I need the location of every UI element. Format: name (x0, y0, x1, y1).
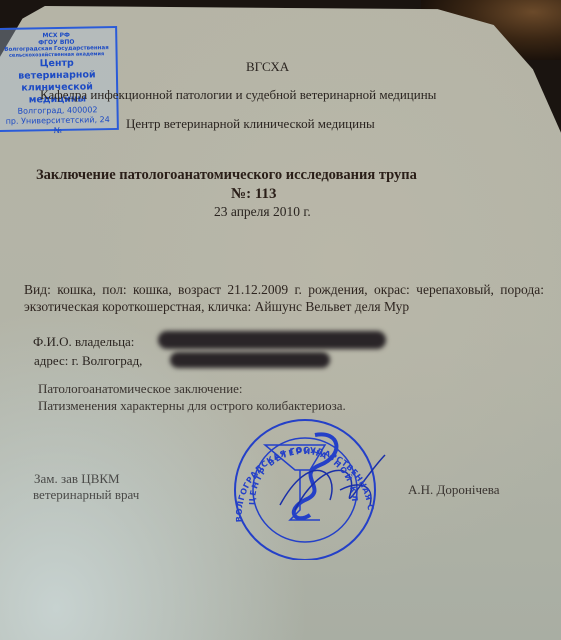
center-name: Центр ветеринарной клинической медицины (126, 116, 375, 132)
stamp-line: № (0, 125, 117, 137)
document-number: №: 113 (231, 186, 277, 203)
institution-stamp: МСХ РФ ФГОУ ВПО Волгоградская Государств… (0, 26, 119, 132)
redaction-bar (170, 352, 330, 368)
animal-description: Вид: кошка, пол: кошка, возраст 21.12.20… (24, 281, 544, 315)
signer-title: ветеринарный врач (33, 487, 139, 503)
org-abbreviation: ВГСХА (246, 59, 289, 75)
department-name: Кафедра инфекционной патологии и судебно… (40, 87, 436, 103)
round-seal-icon: ВОЛГОГРАДСКАЯ ГОСУДАРСТВЕННАЯ СЕЛЬСКОХОЗ… (200, 410, 400, 560)
signer-name: А.Н. Доронічева (408, 482, 500, 498)
redaction-bar (158, 331, 386, 349)
svg-text:ВОЛГОГРАДСКАЯ ГОСУДАРСТВЕННАЯ: ВОЛГОГРАДСКАЯ ГОСУДАРСТВЕННАЯ СЕЛЬСКОХОЗ… (200, 410, 375, 522)
document-date: 23 апреля 2010 г. (214, 204, 311, 220)
owner-label: Ф.И.О. владельца: (33, 334, 134, 350)
conclusion-heading: Патологоанатомическое заключение: (38, 381, 243, 397)
document-title: Заключение патологоанатомического исслед… (36, 167, 417, 184)
address-label: адрес: г. Волгоград, (34, 353, 142, 369)
signer-position: Зам. зав ЦВКМ (34, 471, 120, 487)
